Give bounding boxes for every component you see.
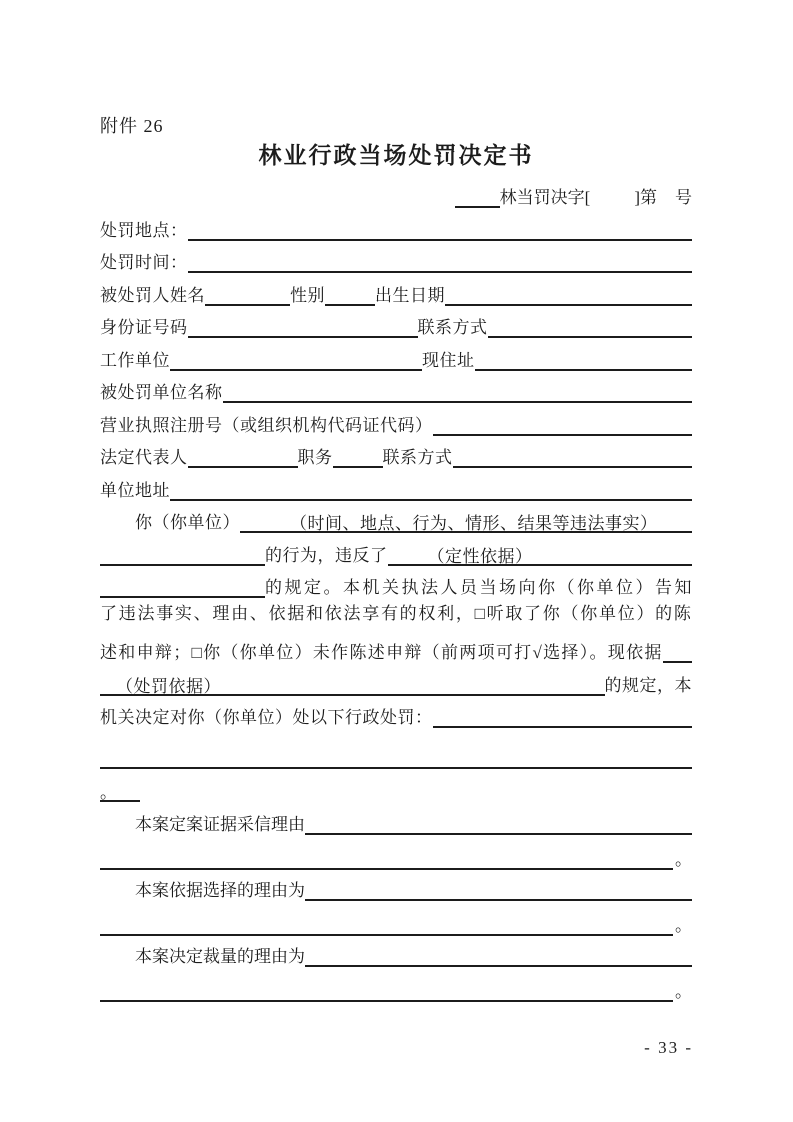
id-number-label: 身份证号码 — [100, 313, 188, 338]
gender-field — [325, 282, 375, 306]
basis-reason-field — [305, 877, 692, 901]
punish-location-field — [188, 217, 693, 241]
unit-address-field — [170, 477, 692, 501]
license-label: 营业执照注册号（或组织机构代码证代码） — [100, 411, 433, 436]
doc-number-close: ]第 — [634, 183, 657, 208]
row-license: 营业执照注册号（或组织机构代码证代码） — [100, 403, 692, 436]
penalty-field — [433, 704, 693, 728]
unit-address-label: 单位地址 — [100, 476, 170, 501]
doc-number-year-blank — [590, 184, 634, 208]
qualitative-field: （定性依据） — [388, 542, 693, 566]
person-name-field — [205, 282, 290, 306]
row-unit-address: 单位地址 — [100, 468, 692, 501]
unit-name-label: 被处罚单位名称 — [100, 378, 223, 403]
gender-label: 性别 — [290, 281, 325, 306]
discretion-reason-label: 本案决定裁量的理由为 — [135, 942, 305, 967]
punish-time-label: 处罚时间： — [100, 248, 188, 273]
unit-name-field — [223, 379, 693, 403]
page-number: - 33 - — [644, 1038, 693, 1058]
doc-number-unit: 号 — [675, 183, 692, 208]
behavior-text: 的行为，违反了 — [265, 541, 388, 566]
row-work-unit: 工作单位 现住址 — [100, 338, 692, 371]
doc-number-line: 林当罚决字[]第号 — [100, 176, 692, 208]
page-content: 附件 26 林业行政当场处罚决定书 林当罚决字[]第号 处罚地点： 处罚时间： … — [100, 0, 692, 1002]
basis-lead-field — [663, 639, 692, 663]
attachment-label: 附件 26 — [100, 112, 692, 138]
license-field — [433, 412, 693, 436]
penalty-continuation-line — [100, 728, 692, 769]
work-unit-label: 工作单位 — [100, 346, 170, 371]
penalty-basis-field: （处罚依据） — [100, 672, 605, 696]
row-penalty-basis: （处罚依据） 的规定，本 — [100, 663, 692, 696]
id-number-field — [188, 314, 418, 338]
punish-time-field — [188, 249, 693, 273]
current-address-field — [475, 347, 693, 371]
evidence-reason-field — [305, 811, 692, 835]
position-field — [333, 444, 383, 468]
document-title: 林业行政当场处罚决定书 — [100, 138, 692, 176]
row-rights-text: 了违法事实、理由、依据和依法享有的权利，□听取了你（你单位）的陈 — [100, 598, 692, 631]
birth-date-field — [445, 282, 692, 306]
row-basis-reason: 本案依据选择的理由为 — [100, 870, 692, 901]
doc-number-prefix-blank — [455, 184, 500, 208]
basis-continuation-line — [100, 912, 673, 936]
birth-date-label: 出生日期 — [375, 281, 445, 306]
per-provision-text: 的规定，本 — [605, 671, 693, 696]
discretion-continuation: 。 — [100, 967, 692, 1002]
statement-text: 述和申辩；□你（你单位）未作陈述申辩（前两项可打√选择）。现依据 — [100, 638, 663, 663]
position-label: 职务 — [298, 443, 333, 468]
row-evidence-reason: 本案定案证据采信理由 — [100, 802, 692, 835]
contact-label-1: 联系方式 — [418, 313, 488, 338]
discretion-reason-field — [305, 943, 692, 967]
row-discretion-reason: 本案决定裁量的理由为 — [100, 936, 692, 967]
row-unit-name: 被处罚单位名称 — [100, 371, 692, 404]
row-you-unit: 你（你单位） （时间、地点、行为、情形、结果等违法事实） — [100, 501, 692, 534]
evidence-continuation: 。 — [100, 835, 692, 870]
row-legal-rep: 法定代表人 职务 联系方式 — [100, 436, 692, 469]
row-behavior: 的行为，违反了 （定性依据） — [100, 533, 692, 566]
contact-label-2: 联系方式 — [383, 443, 453, 468]
row-punish-location: 处罚地点： — [100, 208, 692, 241]
row-statement: 述和申辩；□你（你单位）未作陈述申辩（前两项可打√选择）。现依据 — [100, 631, 692, 664]
row-decision: 机关决定对你（你单位）处以下行政处罚： — [100, 696, 692, 729]
decision-text: 机关决定对你（你单位）处以下行政处罚： — [100, 703, 433, 728]
row-person: 被处罚人姓名 性别 出生日期 — [100, 273, 692, 306]
person-name-label: 被处罚人姓名 — [100, 281, 205, 306]
legal-rep-label: 法定代表人 — [100, 443, 188, 468]
evidence-period: 。 — [673, 845, 692, 870]
contact-field-2 — [453, 444, 693, 468]
behavior-field — [100, 542, 265, 566]
basis-reason-label: 本案依据选择的理由为 — [135, 876, 305, 901]
document-page: 附件 26 林业行政当场处罚决定书 林当罚决字[]第号 处罚地点： 处罚时间： … — [0, 0, 793, 1122]
doc-number-no-blank — [657, 184, 675, 208]
legal-rep-field — [188, 444, 298, 468]
work-unit-field — [170, 347, 422, 371]
row-punish-time: 处罚时间： — [100, 241, 692, 274]
discretion-continuation-line — [100, 978, 673, 1002]
row-provision: 的规定。本机关执法人员当场向你（你单位）告知 — [100, 566, 692, 599]
provision-text: 的规定。本机关执法人员当场向你（你单位）告知 — [265, 573, 692, 598]
discretion-period: 。 — [673, 977, 692, 1002]
provision-field — [100, 574, 265, 598]
current-address-label: 现住址 — [422, 346, 475, 371]
punish-location-label: 处罚地点： — [100, 216, 188, 241]
row-period: 。 — [100, 769, 692, 802]
basis-continuation: 。 — [100, 901, 692, 936]
evidence-continuation-line — [100, 846, 673, 870]
period-mark: 。 — [100, 778, 140, 802]
row-id: 身份证号码 联系方式 — [100, 306, 692, 339]
facts-field: （时间、地点、行为、情形、结果等违法事实） — [240, 509, 692, 533]
you-unit-label: 你（你单位） — [135, 508, 240, 533]
evidence-reason-label: 本案定案证据采信理由 — [135, 810, 305, 835]
doc-number-series: 林当罚决字[ — [500, 183, 591, 208]
contact-field-1 — [488, 314, 693, 338]
basis-period: 。 — [673, 911, 692, 936]
